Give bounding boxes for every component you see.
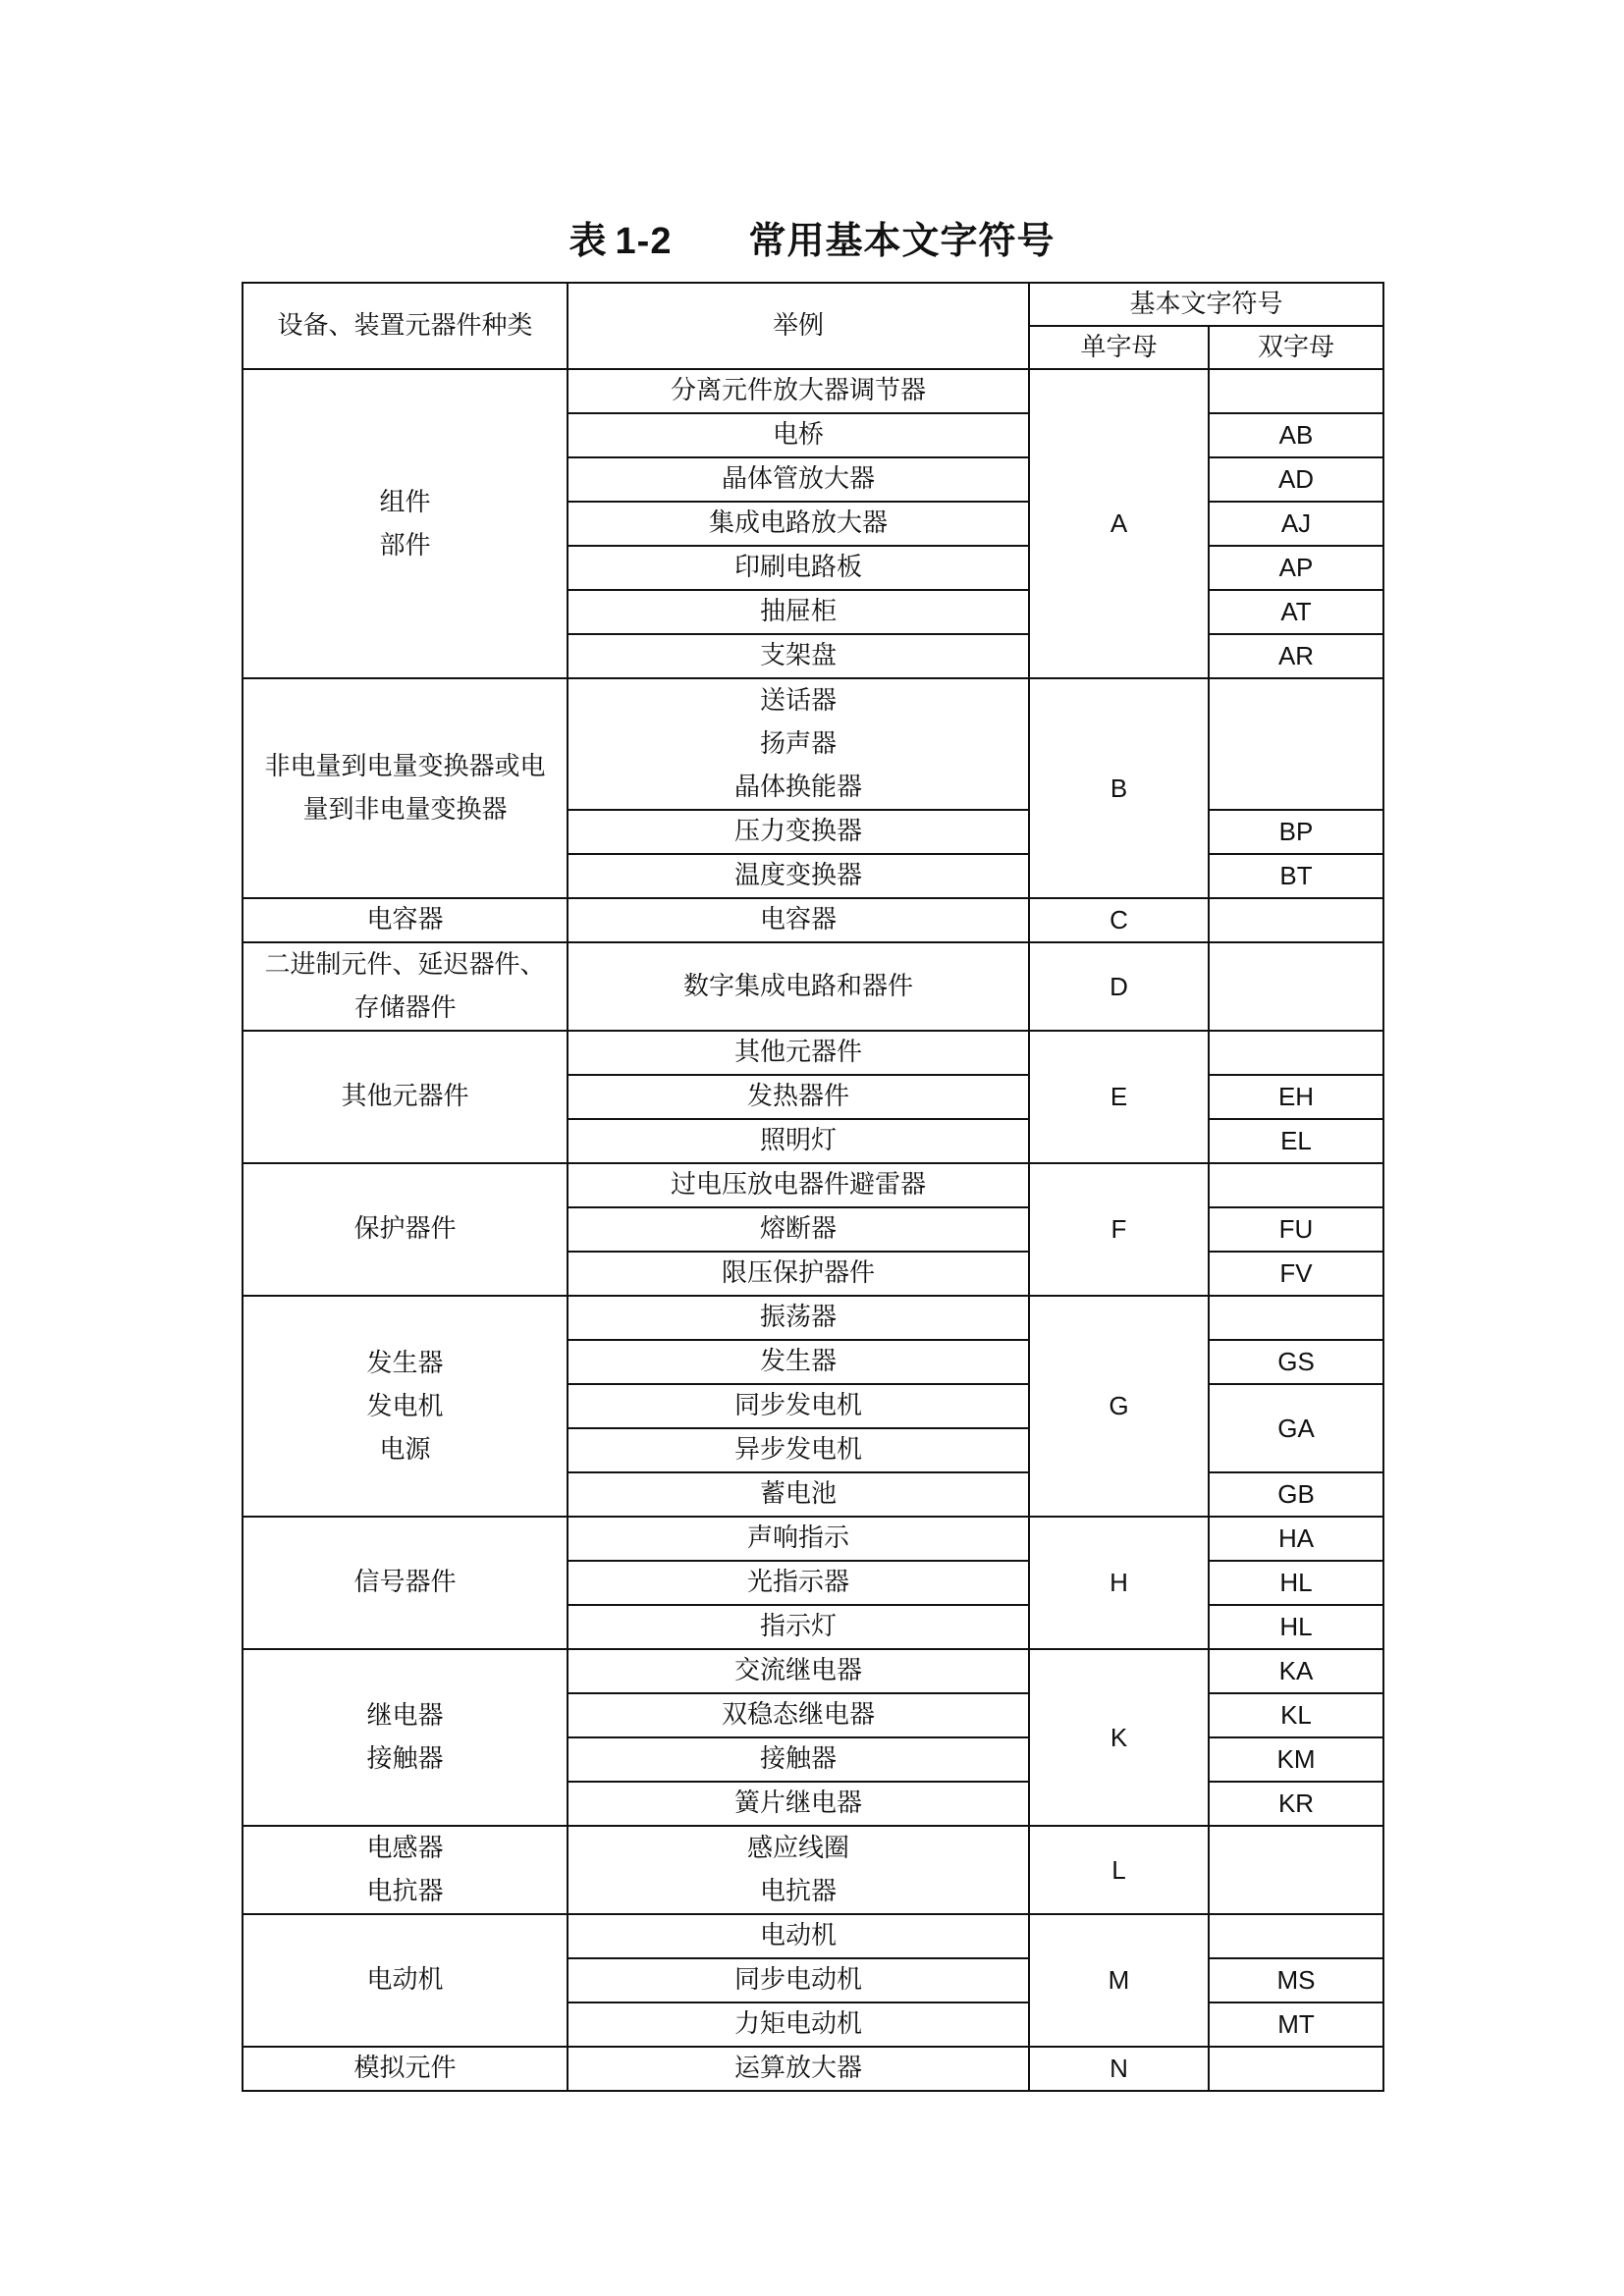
double-letter-cell (1209, 898, 1383, 942)
table-row: 发生器发电机电源振荡器G (243, 1296, 1383, 1340)
single-letter-cell: M (1029, 1914, 1209, 2047)
example-cell: 电容器 (568, 898, 1029, 942)
single-letter-cell: G (1029, 1296, 1209, 1517)
category-cell: 信号器件 (243, 1517, 568, 1649)
example-cell: 运算放大器 (568, 2047, 1029, 2091)
double-letter-cell: EH (1209, 1075, 1383, 1119)
double-letter-cell: BP (1209, 810, 1383, 854)
double-letter-cell: HL (1209, 1605, 1383, 1649)
category-cell: 非电量到电量变换器或电量到非电量变换器 (243, 678, 568, 898)
example-cell: 电动机 (568, 1914, 1029, 1958)
header-double: 双字母 (1209, 326, 1383, 369)
example-cell: 数字集成电路和器件 (568, 942, 1029, 1031)
double-letter-cell (1209, 369, 1383, 413)
table-title-number: 1-2 (616, 221, 673, 262)
double-letter-cell: BT (1209, 854, 1383, 898)
example-cell: 力矩电动机 (568, 2002, 1029, 2047)
double-letter-cell (1209, 2047, 1383, 2091)
example-cell: 簧片继电器 (568, 1782, 1029, 1826)
single-letter-cell: A (1029, 369, 1209, 678)
example-cell: 交流继电器 (568, 1649, 1029, 1693)
example-cell: 抽屉柜 (568, 590, 1029, 634)
example-cell: 发热器件 (568, 1075, 1029, 1119)
example-cell: 印刷电路板 (568, 546, 1029, 590)
example-cell: 发生器 (568, 1340, 1029, 1384)
double-letter-cell: AD (1209, 457, 1383, 502)
double-letter-cell: AR (1209, 634, 1383, 678)
double-letter-cell (1209, 1163, 1383, 1207)
example-cell: 同步电动机 (568, 1958, 1029, 2002)
single-letter-cell: L (1029, 1826, 1209, 1914)
double-letter-cell: GS (1209, 1340, 1383, 1384)
double-letter-cell: KL (1209, 1693, 1383, 1737)
double-letter-cell (1209, 678, 1383, 810)
double-letter-cell: FV (1209, 1252, 1383, 1296)
example-cell: 压力变换器 (568, 810, 1029, 854)
single-letter-cell: B (1029, 678, 1209, 898)
table-title: 表1-2常用基本文字符号 (0, 210, 1624, 264)
table-row: 组件部件分离元件放大器调节器A (243, 369, 1383, 413)
double-letter-cell: AJ (1209, 502, 1383, 546)
example-cell: 双稳态继电器 (568, 1693, 1029, 1737)
single-letter-cell: H (1029, 1517, 1209, 1649)
example-cell: 振荡器 (568, 1296, 1029, 1340)
example-cell: 感应线圈电抗器 (568, 1826, 1029, 1914)
table-title-prefix: 表 (569, 219, 608, 262)
example-cell: 其他元器件 (568, 1031, 1029, 1075)
example-cell: 指示灯 (568, 1605, 1029, 1649)
single-letter-cell: F (1029, 1163, 1209, 1296)
table-row: 非电量到电量变换器或电量到非电量变换器送话器扬声器晶体换能器B (243, 678, 1383, 810)
double-letter-cell (1209, 1914, 1383, 1958)
category-cell: 继电器接触器 (243, 1649, 568, 1826)
table-body: 组件部件分离元件放大器调节器A电桥AB晶体管放大器AD集成电路放大器AJ印刷电路… (243, 369, 1383, 2091)
example-cell: 送话器扬声器晶体换能器 (568, 678, 1029, 810)
table-row: 电容器电容器C (243, 898, 1383, 942)
double-letter-cell: MS (1209, 1958, 1383, 2002)
double-letter-cell (1209, 1031, 1383, 1075)
double-letter-cell: AP (1209, 546, 1383, 590)
double-letter-cell: KA (1209, 1649, 1383, 1693)
category-cell: 电容器 (243, 898, 568, 942)
double-letter-cell: AB (1209, 413, 1383, 457)
single-letter-cell: D (1029, 942, 1209, 1031)
double-letter-cell: EL (1209, 1119, 1383, 1163)
table-row: 继电器接触器交流继电器KKA (243, 1649, 1383, 1693)
example-cell: 光指示器 (568, 1561, 1029, 1605)
category-cell: 其他元器件 (243, 1031, 568, 1163)
header-symbol-group: 基本文字符号 (1029, 283, 1383, 326)
example-cell: 分离元件放大器调节器 (568, 369, 1029, 413)
example-cell: 接触器 (568, 1737, 1029, 1782)
table-row: 信号器件声响指示HHA (243, 1517, 1383, 1561)
table-row: 其他元器件其他元器件E (243, 1031, 1383, 1075)
table-row: 二进制元件、延迟器件、存储器件数字集成电路和器件D (243, 942, 1383, 1031)
double-letter-cell: MT (1209, 2002, 1383, 2047)
category-cell: 电动机 (243, 1914, 568, 2047)
double-letter-cell: FU (1209, 1207, 1383, 1252)
header-category: 设备、装置元器件种类 (243, 283, 568, 369)
double-letter-cell (1209, 1296, 1383, 1340)
category-cell: 二进制元件、延迟器件、存储器件 (243, 942, 568, 1031)
example-cell: 蓄电池 (568, 1472, 1029, 1517)
example-cell: 熔断器 (568, 1207, 1029, 1252)
example-cell: 限压保护器件 (568, 1252, 1029, 1296)
category-cell: 保护器件 (243, 1163, 568, 1296)
double-letter-cell (1209, 942, 1383, 1031)
example-cell: 声响指示 (568, 1517, 1029, 1561)
header-single: 单字母 (1029, 326, 1209, 369)
example-cell: 异步发电机 (568, 1428, 1029, 1472)
single-letter-cell: N (1029, 2047, 1209, 2091)
category-cell: 组件部件 (243, 369, 568, 678)
double-letter-cell: HL (1209, 1561, 1383, 1605)
single-letter-cell: C (1029, 898, 1209, 942)
example-cell: 过电压放电器件避雷器 (568, 1163, 1029, 1207)
example-cell: 同步发电机 (568, 1384, 1029, 1428)
example-cell: 支架盘 (568, 634, 1029, 678)
table-row: 电动机电动机M (243, 1914, 1383, 1958)
category-cell: 电感器电抗器 (243, 1826, 568, 1914)
double-letter-cell: KM (1209, 1737, 1383, 1782)
table-row: 电感器电抗器感应线圈电抗器L (243, 1826, 1383, 1914)
double-letter-cell (1209, 1826, 1383, 1914)
single-letter-cell: E (1029, 1031, 1209, 1163)
example-cell: 温度变换器 (568, 854, 1029, 898)
category-cell: 模拟元件 (243, 2047, 568, 2091)
double-letter-cell: AT (1209, 590, 1383, 634)
double-letter-cell: GA (1209, 1384, 1383, 1472)
double-letter-cell: GB (1209, 1472, 1383, 1517)
example-cell: 照明灯 (568, 1119, 1029, 1163)
header-examples: 举例 (568, 283, 1029, 369)
example-cell: 集成电路放大器 (568, 502, 1029, 546)
table-row: 保护器件过电压放电器件避雷器F (243, 1163, 1383, 1207)
double-letter-cell: HA (1209, 1517, 1383, 1561)
double-letter-cell: KR (1209, 1782, 1383, 1826)
table-title-text: 常用基本文字符号 (748, 219, 1055, 262)
table-row: 模拟元件运算放大器N (243, 2047, 1383, 2091)
example-cell: 电桥 (568, 413, 1029, 457)
example-cell: 晶体管放大器 (568, 457, 1029, 502)
header-row: 设备、装置元器件种类 举例 基本文字符号 (243, 283, 1383, 326)
category-cell: 发生器发电机电源 (243, 1296, 568, 1517)
single-letter-cell: K (1029, 1649, 1209, 1826)
symbol-table: 设备、装置元器件种类 举例 基本文字符号 单字母 双字母 组件部件分离元件放大器… (242, 282, 1384, 2092)
